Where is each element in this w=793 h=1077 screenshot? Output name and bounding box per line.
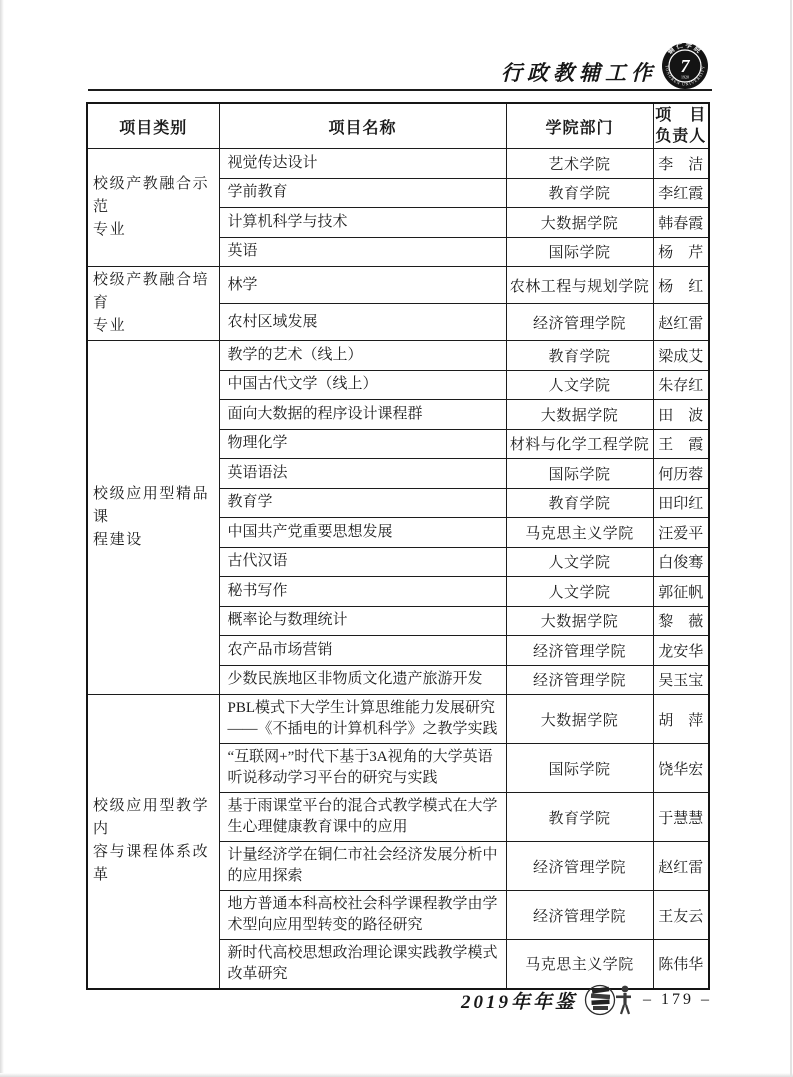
department-cell: 材料与化学工程学院 xyxy=(506,429,653,459)
project-name-cell: PBL模式下大学生计算思维能力发展研究——《不插电的计算机科学》之教学实践 xyxy=(219,695,506,744)
department-cell: 经济管理学院 xyxy=(506,842,653,891)
project-name-cell: 教学的艺术（线上） xyxy=(219,341,506,371)
table-row: 校级产教融合培育专业林学农林工程与规划学院杨 红 xyxy=(87,267,709,304)
project-name-cell: 农产品市场营销 xyxy=(219,636,506,666)
leader-cell: 田印红 xyxy=(653,488,709,518)
department-cell: 大数据学院 xyxy=(506,606,653,636)
table-header-row: 项目类别 项目名称 学院部门 项 目 负责人 xyxy=(87,103,709,149)
project-category-cell: 校级应用型精品课程建设 xyxy=(87,341,219,695)
project-name-cell: 林学 xyxy=(219,267,506,304)
department-cell: 艺术学院 xyxy=(506,149,653,179)
seal-year: 1920 xyxy=(681,75,689,80)
project-name-cell: 视觉传达设计 xyxy=(219,149,506,179)
masthead-rule xyxy=(88,89,712,91)
project-name-cell: 英语 xyxy=(219,237,506,267)
project-name-cell: 秘书写作 xyxy=(219,577,506,607)
yearbook-stamp-icon xyxy=(583,980,637,1020)
footer-page-number: – 179 – xyxy=(643,991,712,1009)
leader-cell: 田 波 xyxy=(653,400,709,430)
leader-cell: 杨 芹 xyxy=(653,237,709,267)
project-name-cell: 计算机科学与技术 xyxy=(219,208,506,238)
department-cell: 教育学院 xyxy=(506,341,653,371)
project-name-cell: 学前教育 xyxy=(219,178,506,208)
leader-cell: 梁成艾 xyxy=(653,341,709,371)
scan-edge-bottom xyxy=(0,1073,793,1077)
leader-cell: 赵红雷 xyxy=(653,304,709,341)
header-project-name: 项目名称 xyxy=(219,103,506,149)
department-cell: 经济管理学院 xyxy=(506,665,653,695)
page-footer: 2019年年鉴 – 179 – xyxy=(0,977,712,1023)
department-cell: 大数据学院 xyxy=(506,208,653,238)
leader-cell: 王 霞 xyxy=(653,429,709,459)
header-project-category: 项目类别 xyxy=(87,103,219,149)
department-cell: 经济管理学院 xyxy=(506,304,653,341)
project-name-cell: 农村区域发展 xyxy=(219,304,506,341)
header-project-leader: 项 目 负责人 xyxy=(653,103,709,149)
department-cell: 人文学院 xyxy=(506,577,653,607)
project-category-cell: 校级产教融合示范专业 xyxy=(87,149,219,267)
leader-cell: 饶华宏 xyxy=(653,744,709,793)
leader-cell: 何历蓉 xyxy=(653,459,709,489)
project-name-cell: 计量经济学在铜仁市社会经济发展分析中的应用探索 xyxy=(219,842,506,891)
leader-cell: 白俊骞 xyxy=(653,547,709,577)
project-name-cell: 古代汉语 xyxy=(219,547,506,577)
project-category-cell: 校级应用型教学内容与课程体系改革 xyxy=(87,695,219,989)
project-name-cell: 物理化学 xyxy=(219,429,506,459)
department-cell: 马克思主义学院 xyxy=(506,518,653,548)
project-name-cell: 概率论与数理统计 xyxy=(219,606,506,636)
department-cell: 国际学院 xyxy=(506,459,653,489)
leader-cell: 于慧慧 xyxy=(653,793,709,842)
project-name-cell: 面向大数据的程序设计课程群 xyxy=(219,400,506,430)
leader-cell: 杨 红 xyxy=(653,267,709,304)
department-cell: 经济管理学院 xyxy=(506,891,653,940)
table-row: 校级应用型精品课程建设教学的艺术（线上）教育学院梁成艾 xyxy=(87,341,709,371)
department-cell: 大数据学院 xyxy=(506,695,653,744)
department-cell: 经济管理学院 xyxy=(506,636,653,666)
seal-glyph: 7 xyxy=(681,56,691,76)
university-seal-icon: 铜仁学院 TONGREN UNIVERSITY 7 1920 xyxy=(661,42,709,90)
scan-edge-right xyxy=(790,0,792,1077)
leader-cell: 王友云 xyxy=(653,891,709,940)
leader-cell: 李 洁 xyxy=(653,149,709,179)
department-cell: 教育学院 xyxy=(506,178,653,208)
project-name-cell: 英语语法 xyxy=(219,459,506,489)
leader-cell: 李红霞 xyxy=(653,178,709,208)
project-name-cell: 教育学 xyxy=(219,488,506,518)
leader-cell: 郭征帆 xyxy=(653,577,709,607)
department-cell: 人文学院 xyxy=(506,370,653,400)
project-name-cell: 少数民族地区非物质文化遗产旅游开发 xyxy=(219,665,506,695)
project-category-cell: 校级产教融合培育专业 xyxy=(87,267,219,341)
leader-cell: 黎 薇 xyxy=(653,606,709,636)
project-approval-table: 项目类别 项目名称 学院部门 项 目 负责人 校级产教融合示范专业视觉传达设计艺… xyxy=(86,102,710,990)
leader-cell: 吴玉宝 xyxy=(653,665,709,695)
leader-cell: 朱存红 xyxy=(653,370,709,400)
header-department: 学院部门 xyxy=(506,103,653,149)
leader-cell: 汪爱平 xyxy=(653,518,709,548)
leader-cell: 韩春霞 xyxy=(653,208,709,238)
scan-edge-left xyxy=(0,0,4,1077)
leader-cell: 赵红雷 xyxy=(653,842,709,891)
department-cell: 教育学院 xyxy=(506,488,653,518)
department-cell: 大数据学院 xyxy=(506,400,653,430)
leader-cell: 胡 萍 xyxy=(653,695,709,744)
department-cell: 人文学院 xyxy=(506,547,653,577)
department-cell: 教育学院 xyxy=(506,793,653,842)
project-name-cell: 中国古代文学（线上） xyxy=(219,370,506,400)
project-name-cell: “互联网+”时代下基于3A视角的大学英语听说移动学习平台的研究与实践 xyxy=(219,744,506,793)
department-cell: 国际学院 xyxy=(506,744,653,793)
project-name-cell: 地方普通本科高校社会科学课程教学由学术型向应用型转变的路径研究 xyxy=(219,891,506,940)
project-name-cell: 基于雨课堂平台的混合式教学模式在大学生心理健康教育课中的应用 xyxy=(219,793,506,842)
table-row: 校级应用型教学内容与课程体系改革PBL模式下大学生计算思维能力发展研究——《不插… xyxy=(87,695,709,744)
masthead-title: 行政教辅工作 xyxy=(0,57,657,87)
department-cell: 农林工程与规划学院 xyxy=(506,267,653,304)
table-row: 校级产教融合示范专业视觉传达设计艺术学院李 洁 xyxy=(87,149,709,179)
header-leader-line1: 项 目 xyxy=(655,107,706,124)
header-leader-line2: 负责人 xyxy=(655,128,706,145)
leader-cell: 龙安华 xyxy=(653,636,709,666)
department-cell: 国际学院 xyxy=(506,237,653,267)
project-name-cell: 中国共产党重要思想发展 xyxy=(219,518,506,548)
footer-yearbook-title: 2019年年鉴 xyxy=(461,987,577,1014)
